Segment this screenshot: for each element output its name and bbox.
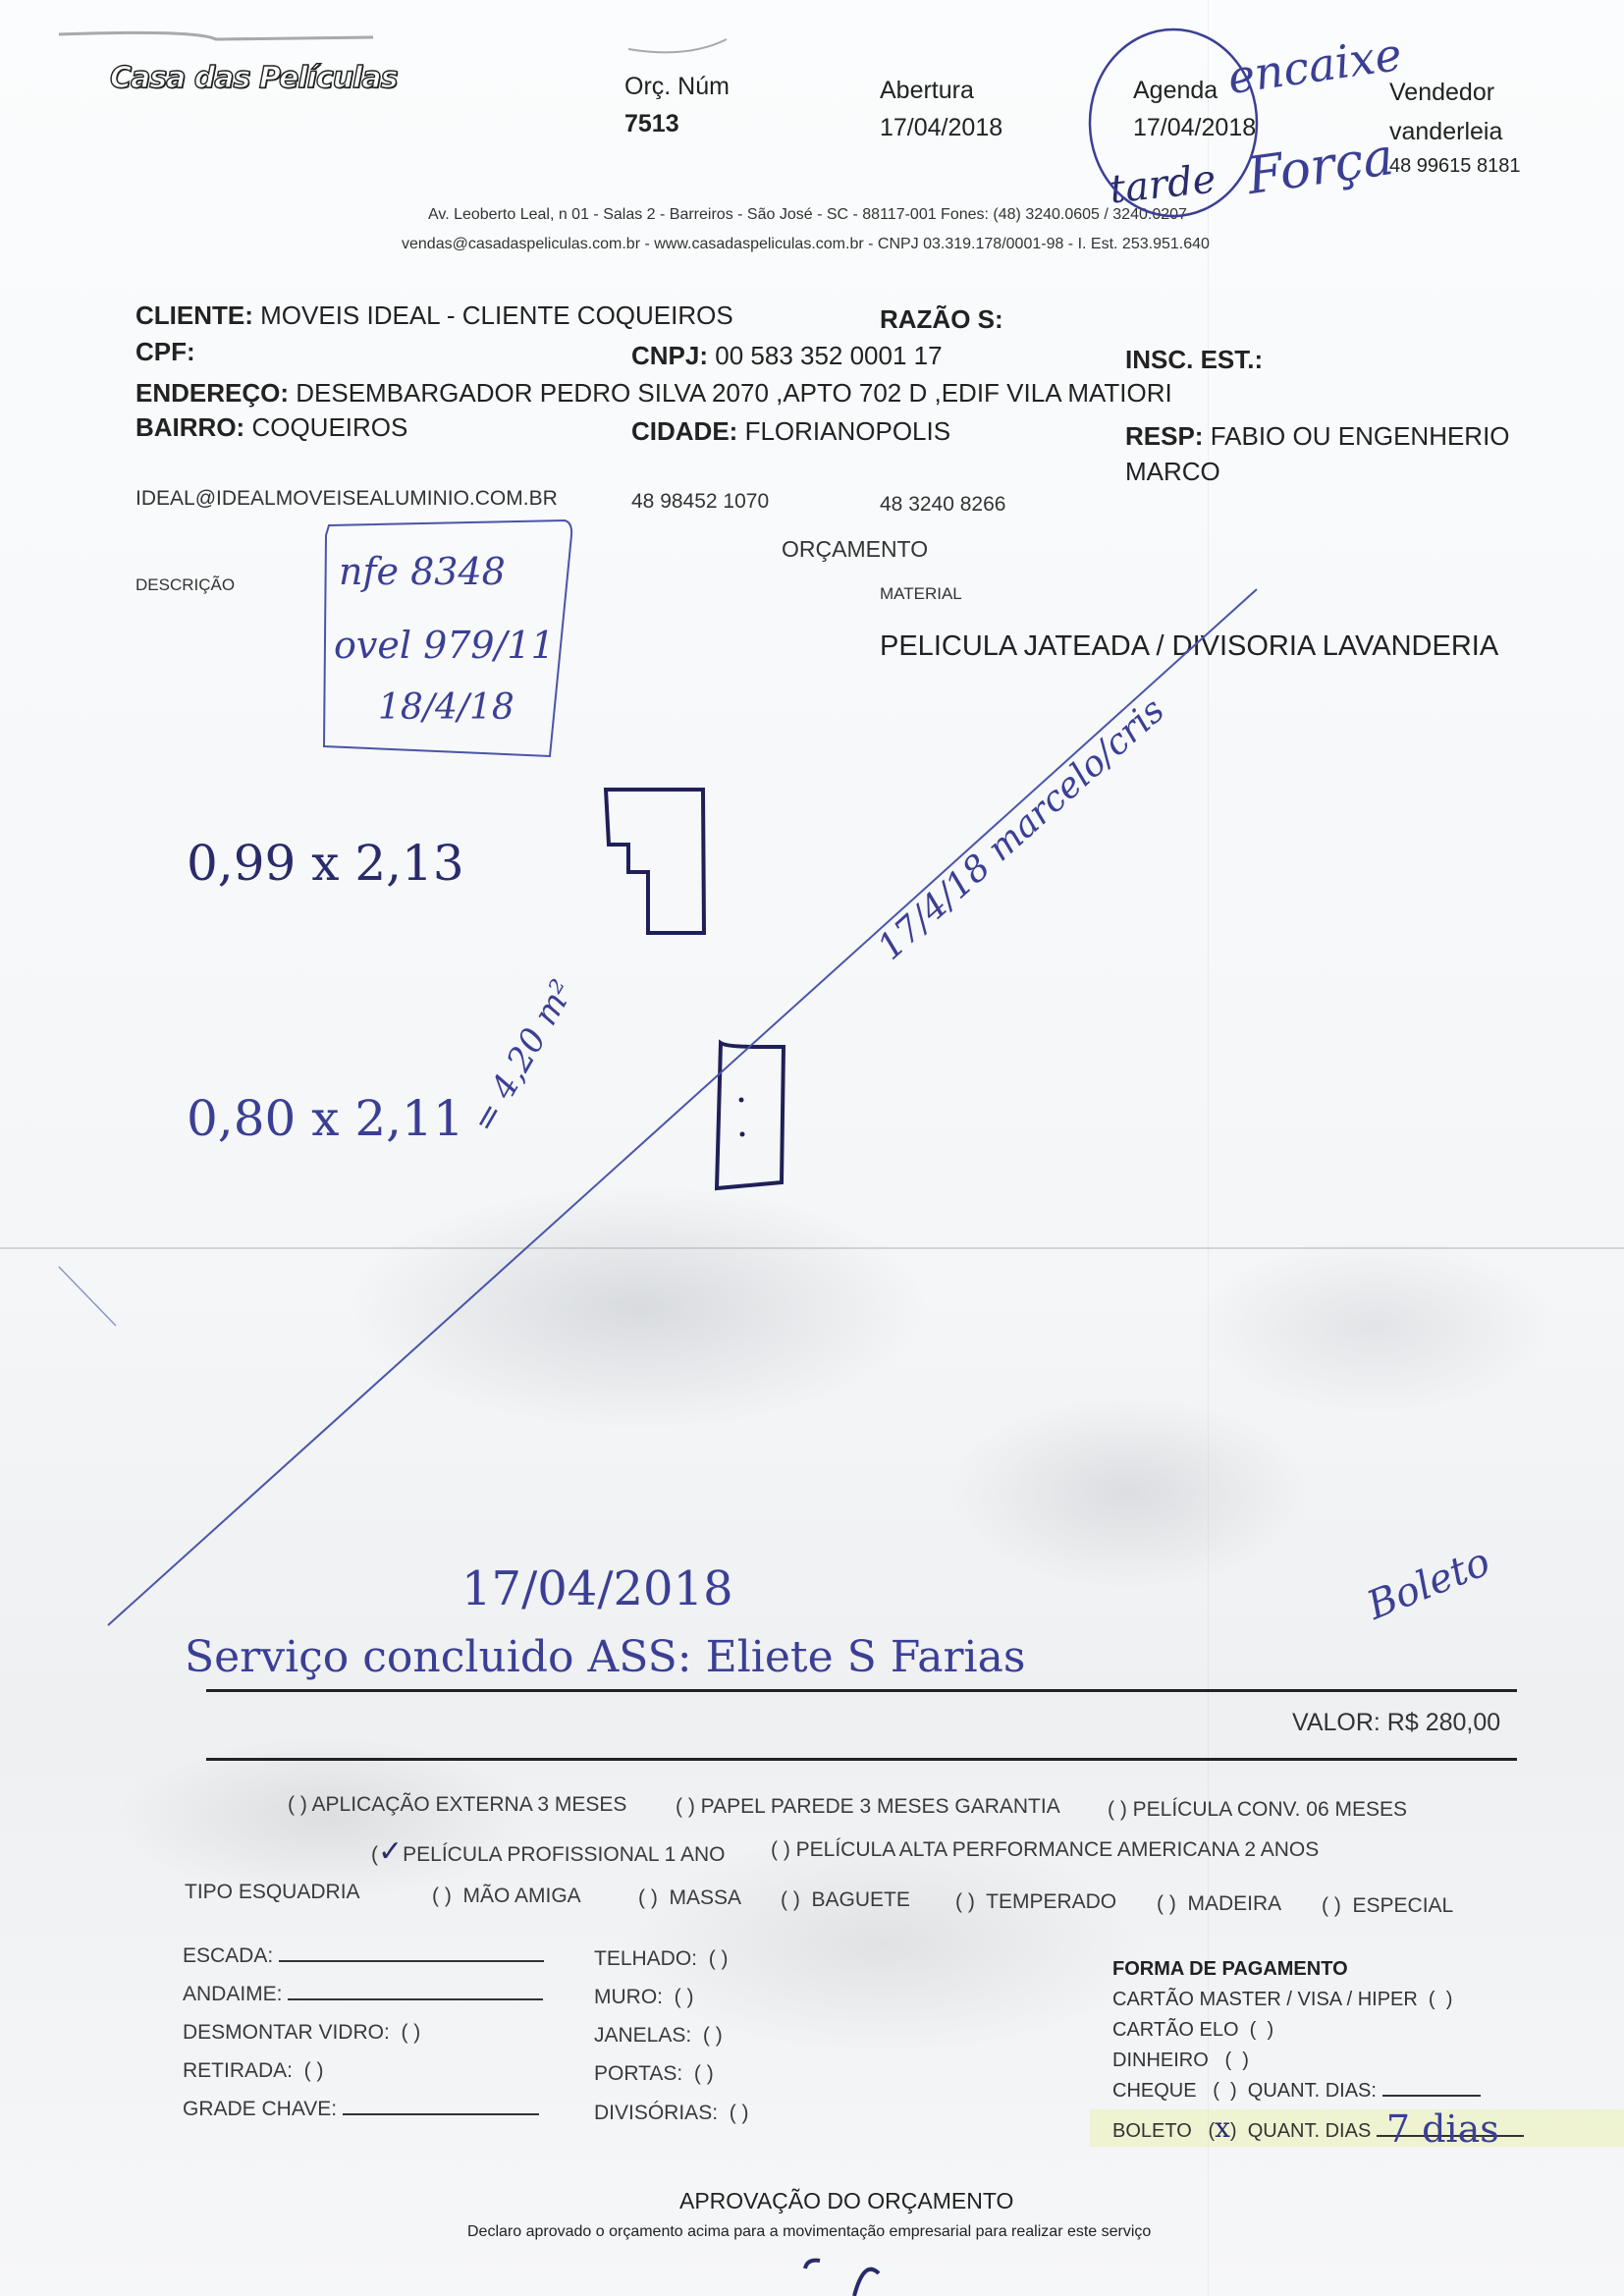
boleto-days-field[interactable]: 7 dias xyxy=(1377,2135,1524,2137)
insc-est-label: INSC. EST.: xyxy=(1125,345,1263,374)
cnpj-value: 00 583 352 0001 17 xyxy=(715,341,942,370)
service-concluded-signature: Serviço concluido ASS: Eliete S Farias xyxy=(185,1632,1025,1682)
payment-option-cartao-elo[interactable]: CARTÃO ELO ( ) xyxy=(1112,2019,1273,2042)
x-mark-icon: x xyxy=(1215,2111,1230,2144)
cpf-label: CPF: xyxy=(135,337,195,366)
escada-blank[interactable] xyxy=(279,1960,544,1962)
paper-fold-crease xyxy=(0,1247,1624,1249)
cnpj-field: CNPJ: 00 583 352 0001 17 xyxy=(631,341,943,371)
company-logo: Casa das Películas xyxy=(110,61,397,95)
payment-option-dinheiro[interactable]: DINHEIRO ( ) xyxy=(1112,2050,1249,2072)
cidade-label: CIDADE: xyxy=(631,416,737,446)
agenda-value: 17/04/2018 xyxy=(1133,114,1256,142)
vendedor-value: vanderleia xyxy=(1389,118,1502,146)
resp-value-line2: MARCO xyxy=(1125,457,1220,487)
client-phone-2: 48 3240 8266 xyxy=(880,493,1005,517)
note-ovel: ovel 979/11 xyxy=(334,624,555,667)
abertura-label: Abertura xyxy=(880,77,974,105)
agenda-label: Agenda xyxy=(1133,77,1218,105)
andaime-blank[interactable] xyxy=(288,1998,543,2000)
valor-label: VALOR: xyxy=(1292,1709,1380,1736)
warranty-option[interactable]: ( ) PELÍCULA CONV. 06 MESES xyxy=(1108,1798,1407,1822)
resp-value-line1: FABIO OU ENGENHERIO xyxy=(1211,421,1510,451)
cidade-value: FLORIANOPOLIS xyxy=(745,416,951,446)
valor-value: R$ 280,00 xyxy=(1387,1709,1500,1736)
endereco-label: ENDEREÇO: xyxy=(135,378,289,408)
extra-portas[interactable]: PORTAS: ( ) xyxy=(594,2062,714,2086)
cnpj-label: CNPJ: xyxy=(631,341,708,370)
warranty-option-checked[interactable]: (✓PELÍCULA PROFISSIONAL 1 ANO xyxy=(371,1834,725,1869)
payment-option-boleto[interactable]: BOLETO (x) QUANT. DIAS 7 dias xyxy=(1112,2111,1524,2144)
service-date: 17/04/2018 xyxy=(461,1561,733,1616)
cliente-value: MOVEIS IDEAL - CLIENTE COQUEIROS xyxy=(260,301,733,330)
warranty-option[interactable]: ( ) PAPEL PAREDE 3 MESES GARANTIA xyxy=(676,1795,1060,1819)
extra-divisorias[interactable]: DIVISÓRIAS: ( ) xyxy=(594,2102,749,2125)
signature-rule xyxy=(206,1689,1517,1692)
cidade-field: CIDADE: FLORIANOPOLIS xyxy=(631,416,950,447)
approval-text: Declaro aprovado o orçamento acima para … xyxy=(467,2223,1151,2241)
extra-muro[interactable]: MURO: ( ) xyxy=(594,1986,694,2009)
bairro-label: BAIRRO: xyxy=(135,412,244,442)
descricao-label: DESCRIÇÃO xyxy=(135,575,235,595)
endereco-field: ENDEREÇO: DESEMBARGADOR PEDRO SILVA 2070… xyxy=(135,378,1172,409)
company-address: Av. Leoberto Leal, n 01 - Salas 2 - Barr… xyxy=(428,206,1187,224)
client-phone-1: 48 98452 1070 xyxy=(631,490,769,514)
esquadria-option[interactable]: ( ) MADEIRA xyxy=(1157,1892,1281,1916)
esquadria-option[interactable]: ( ) BAGUETE xyxy=(781,1888,910,1912)
cpf-field: CPF: xyxy=(135,337,195,367)
payment-option-cartao-master[interactable]: CARTÃO MASTER / VISA / HIPER ( ) xyxy=(1112,1989,1452,2011)
razao-field: RAZÃO S: xyxy=(880,304,1003,335)
vendedor-phone: 48 99615 8181 xyxy=(1389,155,1520,178)
orc-num-value: 7513 xyxy=(624,110,679,138)
bairro-field: BAIRRO: COQUEIROS xyxy=(135,412,407,443)
measure-1: 0,99 x 2,13 xyxy=(187,835,464,892)
check-mark-icon: ✓ xyxy=(378,1834,403,1869)
endereco-value: DESEMBARGADOR PEDRO SILVA 2070 ,APTO 702… xyxy=(296,378,1171,408)
note-date: 18/4/18 xyxy=(378,687,514,728)
grade-chave-blank[interactable] xyxy=(343,2113,539,2115)
payment-option-cheque[interactable]: CHEQUE ( ) QUANT. DIAS: xyxy=(1112,2080,1481,2103)
insc-est-field: INSC. EST.: xyxy=(1125,345,1263,375)
orcamento-label: ORÇAMENTO xyxy=(782,536,928,563)
note-nfe: nfe 8348 xyxy=(339,550,506,593)
measure-2: 0,80 x 2,11 xyxy=(187,1090,464,1147)
bairro-value: COQUEIROS xyxy=(251,412,407,442)
approval-title: APROVAÇÃO DO ORÇAMENTO xyxy=(679,2188,1013,2214)
esquadria-option[interactable]: ( ) ESPECIAL xyxy=(1322,1894,1453,1918)
extra-janelas[interactable]: JANELAS: ( ) xyxy=(594,2024,723,2048)
cliente-field: CLIENTE: MOVEIS IDEAL - CLIENTE COQUEIRO… xyxy=(135,301,733,331)
extra-desmontar-vidro[interactable]: DESMONTAR VIDRO: ( ) xyxy=(183,2021,420,2045)
esquadria-option[interactable]: ( ) MASSA xyxy=(638,1886,741,1910)
client-email: IDEAL@IDEALMOVEISEALUMINIO.COM.BR xyxy=(135,487,558,511)
razao-label: RAZÃO S: xyxy=(880,304,1003,334)
cheque-days-blank[interactable] xyxy=(1382,2095,1481,2097)
warranty-option[interactable]: ( ) APLICAÇÃO EXTERNA 3 MESES xyxy=(288,1793,626,1817)
extra-escada[interactable]: ESCADA: xyxy=(183,1944,544,1968)
cliente-label: CLIENTE: xyxy=(135,301,253,330)
payment-title: FORMA DE PAGAMENTO xyxy=(1112,1958,1348,1981)
material-value: PELICULA JATEADA / DIVISORIA LAVANDERIA xyxy=(880,630,1498,663)
abertura-value: 17/04/2018 xyxy=(880,114,1002,142)
material-label: MATERIAL xyxy=(880,584,962,604)
esquadria-label: TIPO ESQUADRIA xyxy=(185,1881,360,1904)
extra-grade-chave[interactable]: GRADE CHAVE: xyxy=(183,2098,539,2121)
extra-andaime[interactable]: ANDAIME: xyxy=(183,1983,543,2006)
warranty-option[interactable]: ( ) PELÍCULA ALTA PERFORMANCE AMERICANA … xyxy=(771,1838,1319,1862)
company-contact: vendas@casadaspeliculas.com.br - www.cas… xyxy=(402,236,1210,253)
esquadria-option[interactable]: ( ) MÃO AMIGA xyxy=(432,1885,581,1908)
vendedor-label: Vendedor xyxy=(1389,79,1494,107)
esquadria-option[interactable]: ( ) TEMPERADO xyxy=(955,1890,1116,1914)
extra-retirada[interactable]: RETIRADA: ( ) xyxy=(183,2059,324,2083)
valor-rule xyxy=(206,1758,1517,1761)
resp-label: RESP: xyxy=(1125,421,1203,451)
orc-num-label: Orç. Núm xyxy=(624,73,730,101)
extra-telhado[interactable]: TELHADO: ( ) xyxy=(594,1947,729,1971)
valor-field: VALOR: R$ 280,00 xyxy=(1292,1709,1500,1737)
resp-field: RESP: FABIO OU ENGENHERIO xyxy=(1125,421,1510,452)
